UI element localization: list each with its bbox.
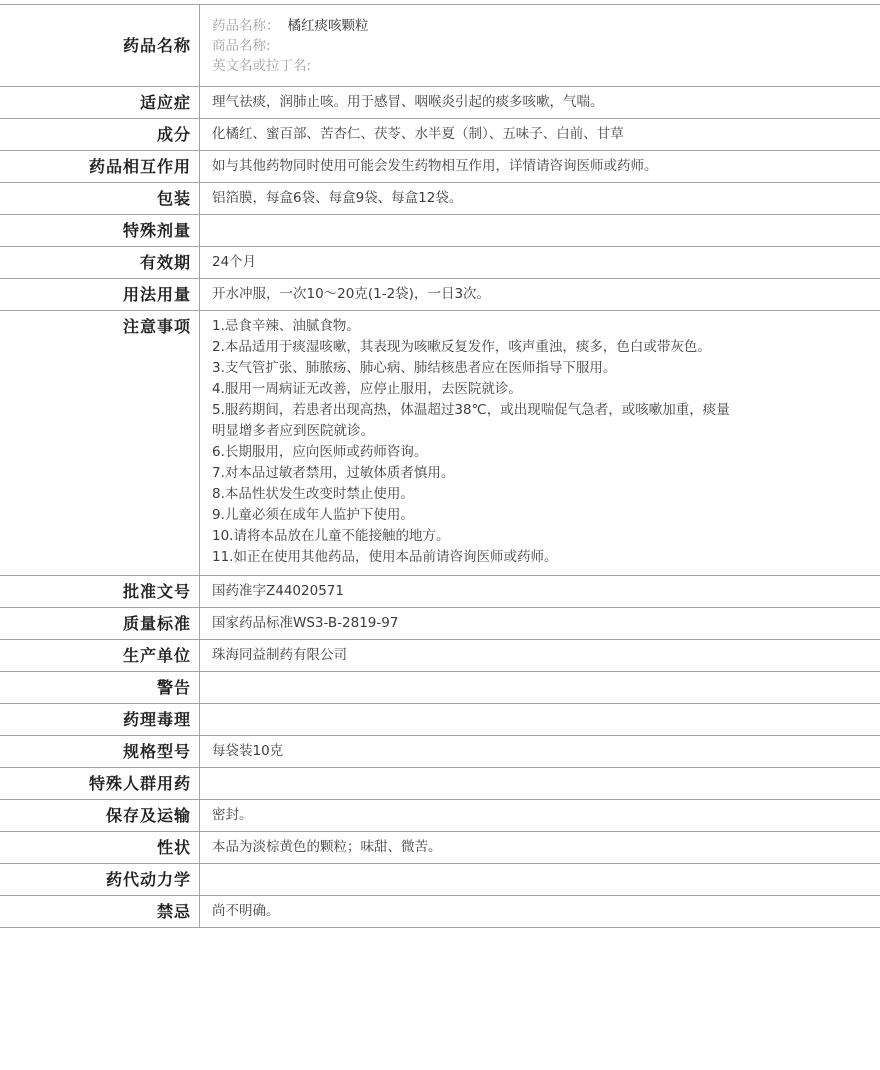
row-value xyxy=(200,864,880,895)
table-row-specification: 规格型号 每袋装10克 xyxy=(0,736,880,768)
row-label: 药品相互作用 xyxy=(0,151,200,182)
drug-name-row: 药品名称 药品名称：橘红痰咳颗粒 商品名称: 英文名或拉丁名: xyxy=(0,5,880,87)
row-value: 24个月 xyxy=(200,247,880,278)
table-row-special-dosage: 特殊剂量 xyxy=(0,215,880,247)
row-label: 包装 xyxy=(0,183,200,214)
row-label: 注意事项 xyxy=(0,311,200,575)
drug-info-table: 药品名称 药品名称：橘红痰咳颗粒 商品名称: 英文名或拉丁名: 适应症 理气祛痰… xyxy=(0,4,880,928)
drug-name-field: 药品名称：橘红痰咳颗粒 xyxy=(212,16,369,36)
row-label: 质量标准 xyxy=(0,608,200,639)
row-value xyxy=(200,672,880,703)
table-row-pharmacokinetics: 药代动力学 xyxy=(0,864,880,896)
table-row-special-populations: 特殊人群用药 xyxy=(0,768,880,800)
table-row-indications: 适应症 理气祛痰，润肺止咳。用于感冒、咽喉炎引起的痰多咳嗽，气喘。 xyxy=(0,87,880,119)
row-label: 性状 xyxy=(0,832,200,863)
english-name-field: 英文名或拉丁名: xyxy=(212,56,319,76)
row-value: 1.忌食辛辣、油腻食物。 2.本品适用于痰湿咳嗽，其表现为咳嗽反复发作，咳声重浊… xyxy=(200,311,880,575)
trade-name-field-key: 商品名称: xyxy=(212,38,271,54)
row-value: 化橘红、蜜百部、苦杏仁、茯苓、水半夏（制）、五味子、白前、甘草 xyxy=(200,119,880,150)
row-label: 药理毒理 xyxy=(0,704,200,735)
table-row-characteristics: 性状 本品为淡棕黄色的颗粒；味甜、微苦。 xyxy=(0,832,880,864)
row-value: 如与其他药物同时使用可能会发生药物相互作用，详情请咨询医师或药师。 xyxy=(200,151,880,182)
row-value xyxy=(200,704,880,735)
row-label: 药代动力学 xyxy=(0,864,200,895)
row-value: 理气祛痰，润肺止咳。用于感冒、咽喉炎引起的痰多咳嗽，气喘。 xyxy=(200,87,880,118)
row-value: 铝箔膜，每盒6袋、每盒9袋、每盒12袋。 xyxy=(200,183,880,214)
english-name-field-key: 英文名或拉丁名: xyxy=(212,58,311,74)
table-row-interactions: 药品相互作用 如与其他药物同时使用可能会发生药物相互作用，详情请咨询医师或药师。 xyxy=(0,151,880,183)
drug-name-value-cell: 药品名称：橘红痰咳颗粒 商品名称: 英文名或拉丁名: xyxy=(200,5,880,86)
row-value: 每袋装10克 xyxy=(200,736,880,767)
table-row-approval-number: 批准文号 国药准字Z44020571 xyxy=(0,576,880,608)
table-row-packaging: 包装 铝箔膜，每盒6袋、每盒9袋、每盒12袋。 xyxy=(0,183,880,215)
table-row-manufacturer: 生产单位 珠海同益制药有限公司 xyxy=(0,640,880,672)
row-label: 特殊人群用药 xyxy=(0,768,200,799)
drug-name-field-key: 药品名称： xyxy=(212,18,280,34)
row-label: 生产单位 xyxy=(0,640,200,671)
row-value xyxy=(200,215,880,246)
row-value: 开水冲服，一次10～20克(1-2袋)，一日3次。 xyxy=(200,279,880,310)
row-label: 禁忌 xyxy=(0,896,200,927)
row-value: 国家药品标准WS3-B-2819-97 xyxy=(200,608,880,639)
row-value: 密封。 xyxy=(200,800,880,831)
row-label: 成分 xyxy=(0,119,200,150)
table-row-pharmacology-toxicology: 药理毒理 xyxy=(0,704,880,736)
row-label: 规格型号 xyxy=(0,736,200,767)
trade-name-field: 商品名称: xyxy=(212,36,279,56)
row-label: 保存及运输 xyxy=(0,800,200,831)
row-value: 国药准字Z44020571 xyxy=(200,576,880,607)
table-row-warning: 警告 xyxy=(0,672,880,704)
row-value: 本品为淡棕黄色的颗粒；味甜、微苦。 xyxy=(200,832,880,863)
row-value: 珠海同益制药有限公司 xyxy=(200,640,880,671)
table-row-contraindications: 禁忌 尚不明确。 xyxy=(0,896,880,928)
row-label: 有效期 xyxy=(0,247,200,278)
row-label: 批准文号 xyxy=(0,576,200,607)
table-row-shelf-life: 有效期 24个月 xyxy=(0,247,880,279)
row-label-drug-name: 药品名称 xyxy=(0,5,200,86)
table-row-dosage-usage: 用法用量 开水冲服，一次10～20克(1-2袋)，一日3次。 xyxy=(0,279,880,311)
row-value: 尚不明确。 xyxy=(200,896,880,927)
row-label: 特殊剂量 xyxy=(0,215,200,246)
table-row-storage-transport: 保存及运输 密封。 xyxy=(0,800,880,832)
row-label: 用法用量 xyxy=(0,279,200,310)
row-label: 警告 xyxy=(0,672,200,703)
drug-name-field-value: 橘红痰咳颗粒 xyxy=(288,18,369,34)
table-row-precautions: 注意事项 1.忌食辛辣、油腻食物。 2.本品适用于痰湿咳嗽，其表现为咳嗽反复发作… xyxy=(0,311,880,576)
row-value xyxy=(200,768,880,799)
table-row-quality-standard: 质量标准 国家药品标准WS3-B-2819-97 xyxy=(0,608,880,640)
row-label: 适应症 xyxy=(0,87,200,118)
table-row-ingredients: 成分 化橘红、蜜百部、苦杏仁、茯苓、水半夏（制）、五味子、白前、甘草 xyxy=(0,119,880,151)
